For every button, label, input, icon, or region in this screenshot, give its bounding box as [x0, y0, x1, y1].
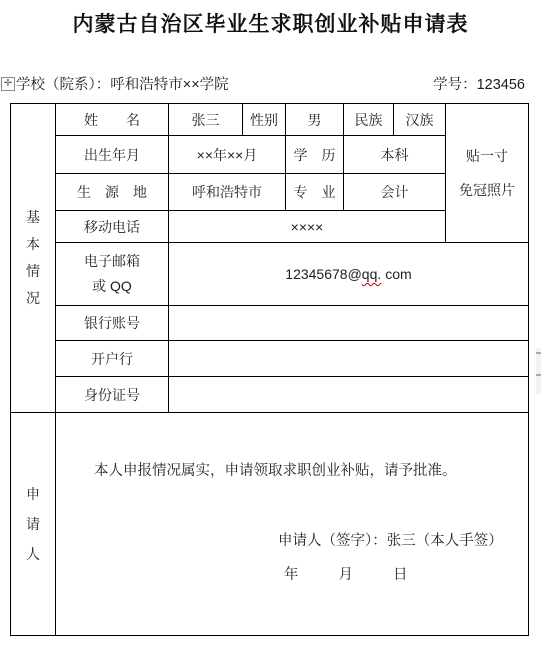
- photo-instruction-line1: 贴一寸: [446, 139, 528, 173]
- signature-line[interactable]: 申请人（签字）：张三（本人手签）: [278, 529, 503, 550]
- email-label-cell: 电子邮箱 或 QQ: [56, 243, 169, 306]
- origin-value-cell[interactable]: 呼和浩特市: [169, 174, 286, 211]
- name-label-cell: 姓 名: [56, 104, 169, 136]
- photo-placeholder-cell[interactable]: 贴一寸 免冠照片: [446, 104, 529, 243]
- school-field: 学校（院系）：呼和浩特市××学院: [16, 73, 229, 94]
- date-month-label: 月: [339, 567, 354, 583]
- education-value-cell[interactable]: 本科: [344, 136, 446, 174]
- email-label-line2: 或 QQ: [56, 274, 168, 299]
- ethnicity-value-cell[interactable]: 汉族: [394, 104, 446, 136]
- applicant-statement-cell[interactable]: 本人申报情况属实，申请领取求职创业补贴，请予批准。 申请人（签字）：张三（本人手…: [56, 413, 529, 636]
- declaration-text: 本人申报情况属实，申请领取求职创业补贴，请予批准。: [94, 459, 457, 480]
- origin-label-cell: 生 源 地: [56, 174, 169, 211]
- application-form-table: 基本情况 姓 名 张三 性别 男 民族 汉族 贴一寸 免冠照片 出生年月 ××年…: [10, 103, 529, 636]
- date-day-label: 日: [393, 567, 408, 583]
- section-basic-info-label: 基本情况: [25, 204, 41, 312]
- email-label-line1: 电子邮箱: [56, 249, 168, 274]
- scrollbar-fragment[interactable]: [536, 348, 541, 394]
- date-year-label: 年: [284, 567, 299, 583]
- photo-instruction-line2: 免冠照片: [446, 173, 528, 207]
- major-value-cell[interactable]: 会计: [344, 174, 446, 211]
- school-label: 学校（院系）：: [16, 77, 110, 93]
- bank-branch-value-cell[interactable]: [169, 341, 529, 377]
- mobile-label-cell: 移动电话: [56, 211, 169, 243]
- mobile-value-cell[interactable]: ××××: [169, 211, 446, 243]
- student-no-label: 学号：: [433, 77, 477, 93]
- gender-label-cell: 性别: [243, 104, 286, 136]
- section-applicant-label: 申请人: [25, 479, 41, 569]
- email-suffix: com: [385, 266, 411, 282]
- page-title: 内蒙古自治区毕业生求职创业补贴申请表: [0, 8, 541, 38]
- id-number-label-cell: 身份证号: [56, 377, 169, 413]
- ethnicity-label-cell: 民族: [344, 104, 394, 136]
- school-student-line: 学校（院系）：呼和浩特市××学院 学号：123456: [16, 74, 525, 94]
- scrollbar-tick: [536, 374, 541, 376]
- education-label-cell: 学 历: [286, 136, 344, 174]
- birth-value-cell[interactable]: ××年××月: [169, 136, 286, 174]
- signature-label: 申请人（签字）：: [278, 533, 387, 549]
- bank-branch-label-cell: 开户行: [56, 341, 169, 377]
- student-no-field: 学号：123456: [433, 73, 525, 94]
- section-basic-info-cell: 基本情况: [11, 104, 56, 413]
- student-no-value[interactable]: 123456: [477, 77, 525, 93]
- scrollbar-tick: [536, 352, 541, 354]
- date-line[interactable]: 年月日: [284, 563, 408, 584]
- name-value-cell[interactable]: 张三: [169, 104, 243, 136]
- email-value-cell[interactable]: 12345678@qq.com: [169, 243, 529, 306]
- bank-account-value-cell[interactable]: [169, 306, 529, 341]
- gender-value-cell[interactable]: 男: [286, 104, 344, 136]
- major-label-cell: 专 业: [286, 174, 344, 211]
- section-applicant-cell: 申请人: [11, 413, 56, 636]
- id-number-value-cell[interactable]: [169, 377, 529, 413]
- email-spellcheck-flagged: qq.: [362, 266, 381, 282]
- bank-account-label-cell: 银行账号: [56, 306, 169, 341]
- email-prefix: 12345678@: [285, 266, 362, 282]
- birth-label-cell: 出生年月: [56, 136, 169, 174]
- table-move-handle-icon[interactable]: ✛: [1, 77, 15, 91]
- school-value[interactable]: 呼和浩特市××学院: [110, 77, 228, 93]
- signature-value[interactable]: 张三（本人手签）: [387, 533, 503, 549]
